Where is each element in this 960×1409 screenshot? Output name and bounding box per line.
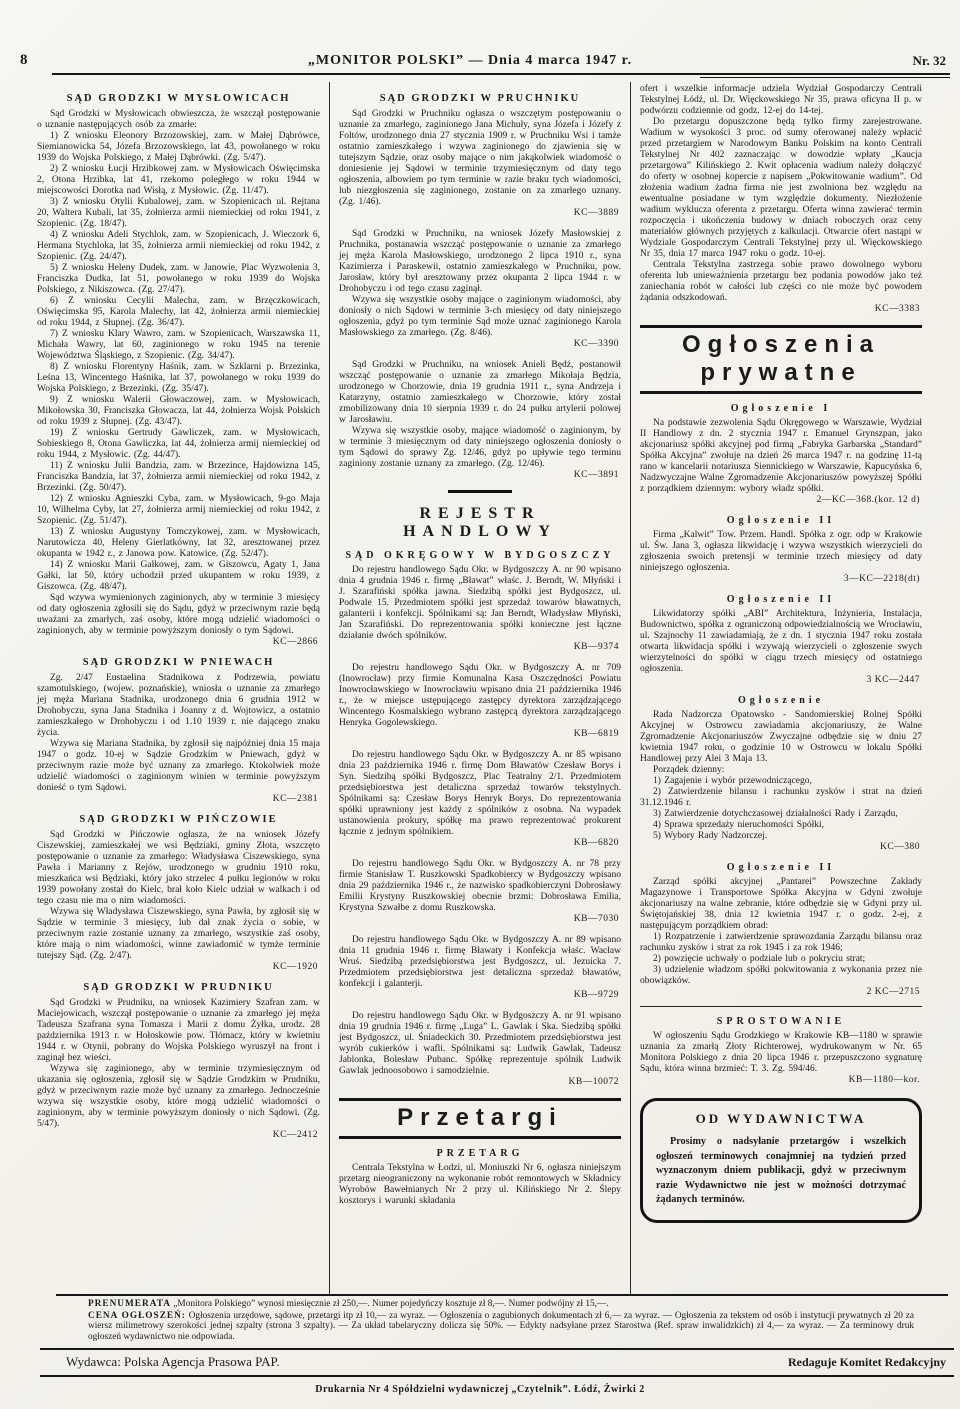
notice-signature: KB—6820	[339, 838, 619, 849]
section-subtitle: Ogłoszenie II	[640, 515, 922, 526]
section-plain: Ogłoszenie IIFirma „Kalwit” Tow. Przem. …	[640, 515, 922, 585]
section-title: REJESTR HANDLOWY	[339, 505, 621, 541]
section-subtitle: Ogłoszenie II	[640, 594, 922, 605]
section-court: SĄD GRODZKI W MYSŁOWICACHSąd Grodzki w M…	[37, 93, 320, 648]
notice-signature: KB—6819	[339, 729, 619, 740]
header-rule	[52, 73, 950, 75]
notice-paragraph: 2) powzięcie uchwały o podziale lub o po…	[640, 954, 922, 965]
section-court: SĄD GRODZKI W PRUCHNIKUSąd Grodzki w Pru…	[339, 93, 621, 481]
printer-credit: Drukarnia Nr 4 Spółdzielni wydawniczej „…	[0, 1384, 960, 1395]
notice-signature: KC—1920	[37, 962, 318, 973]
page-header: 8 „MONITOR POLSKI” — Dnia 4 marca 1947 r…	[0, 0, 960, 73]
footer-rule-top	[56, 1294, 948, 1296]
column-2: SĄD GRODZKI W PRUCHNIKUSąd Grodzki w Pru…	[329, 82, 630, 1294]
section-title: OD WYDAWNICTWA	[656, 1111, 906, 1127]
display-section-title: Przetargi	[339, 1098, 621, 1139]
notice-paragraph: Do rejestru handlowego Sądu Okr. w Bydgo…	[339, 935, 621, 990]
section-plain: Ogłoszenie IILikwidatorzy spółki „ABI” A…	[640, 594, 922, 686]
notice-paragraph: 4) Sprawa sprzedaży nieruchomości Spółki…	[640, 820, 922, 831]
notice-paragraph: Na podstawie zezwolenia Sądu Okręgowego …	[640, 418, 922, 495]
column-1: SĄD GRODZKI W MYSŁOWICACHSąd Grodzki w M…	[28, 82, 329, 1294]
notice-paragraph: 3) Z wniosku Otylii Kubalowej, zam. w Sz…	[37, 197, 320, 230]
notice-signature: KC—3390	[339, 339, 619, 350]
notice-signature: 3 KC—2447	[640, 675, 920, 686]
section-title: SĄD GRODZKI W PNIEWACH	[37, 657, 320, 668]
section-subtitle: PRZETARG	[339, 1148, 621, 1159]
notice-paragraph: Wzywa się wszystkie osoby mające o zagin…	[339, 295, 621, 339]
section-display: Przetargi	[339, 1098, 621, 1139]
ad-prices-text: Ogłoszenia urzędowe, sądowe, przetargi i…	[88, 1311, 914, 1343]
notice-paragraph: Centrala Tekstylna w Łodzi, ul. Moniuszk…	[339, 1163, 621, 1207]
section-court: SĄD GRODZKI W PRUDNIKUSąd Grodzki w Prud…	[37, 982, 320, 1141]
notice-signature: KB—10072	[339, 1077, 619, 1088]
section-title: SĄD GRODZKI W PRUCHNIKU	[339, 93, 621, 104]
section-plain: Ogłoszenie IIZarząd spółki akcyjnej „Pan…	[640, 862, 922, 998]
notice-signature: KB—9729	[339, 990, 619, 1001]
notice-paragraph: 8) Z wniosku Florentyny Haśnik, zam. w S…	[37, 362, 320, 395]
notice-signature: KC—2412	[37, 1130, 318, 1141]
section-subtitle: Ogłoszenie II	[640, 862, 922, 873]
publisher-name: Wydawca: Polska Agencja Prasowa PAP.	[66, 1354, 280, 1370]
notice-paragraph: 12) Z wniosku Agnieszki Cyba, zam. w Mys…	[37, 494, 320, 527]
notice-paragraph: Sąd Grodzki w Pruchniku, na wniosek Józe…	[339, 229, 621, 295]
notice-signature: KB—9374	[339, 642, 619, 653]
notice-paragraph: ofert i wszelkie informacje udziela Wydz…	[640, 84, 922, 117]
notice-paragraph: 6) Z wniosku Cecylii Malecha, zam. w Brz…	[37, 296, 320, 329]
notice-paragraph: 1) Zagajenie i wybór przewodniczącego,	[640, 776, 922, 787]
section-plain: SPROSTOWANIEW ogłoszeniu Sądu Grodzkiego…	[640, 1016, 922, 1086]
section-subtitle: Ogłoszenie I	[640, 403, 922, 414]
subscription-info: PRENUMERATA „Monitora Polskiego” wynosi …	[88, 1299, 914, 1310]
notice-paragraph: Sąd Grodzki w Pińczowie ogłasza, że na w…	[37, 830, 320, 907]
notice-paragraph: Wzywa się wszystkie osoby, mające wiadom…	[339, 426, 621, 470]
notice-paragraph: Likwidatorzy spółki „ABI” Architektura, …	[640, 609, 922, 675]
notice-paragraph: Do rejestru handlowego Sądu Okr. w Bydgo…	[339, 663, 621, 729]
notice-paragraph: W ogłoszeniu Sądu Grodzkiego w Krakowie …	[640, 1031, 922, 1075]
notice-signature: KC—3891	[339, 470, 619, 481]
section-title: SĄD GRODZKI W MYSŁOWICACH	[37, 93, 320, 104]
notice-paragraph: Do rejestru handlowego Sądu Okr. w Bydgo…	[339, 565, 621, 642]
notice-paragraph: 11) Z wniosku Julii Bandzia, zam. w Brze…	[37, 461, 320, 494]
notice-signature: 2 KC—2715	[640, 987, 920, 998]
notice-paragraph: Zarząd spółki akcyjnej „Pantarei” Powsze…	[640, 877, 922, 932]
ad-prices-info: CENA OGŁOSZEŃ: Ogłoszenia urzędowe, sądo…	[88, 1311, 914, 1343]
section-plain: OgłoszenieRada Nadzorcza Opatowsko - San…	[640, 695, 922, 853]
section-plain: Ogłoszenie INa podstawie zezwolenia Sądu…	[640, 403, 922, 506]
section-title: SĄD GRODZKI W PRUDNIKU	[37, 982, 320, 993]
notice-paragraph: 19) Z wniosku Gertrudy Gawliczek, zam. w…	[37, 428, 320, 461]
notice-signature: KC—3889	[339, 208, 619, 219]
content-columns: SĄD GRODZKI W MYSŁOWICACHSąd Grodzki w M…	[28, 82, 948, 1294]
section-divider-short	[339, 490, 621, 493]
ad-prices-label: CENA OGŁOSZEŃ:	[88, 1311, 186, 1321]
section-divider-short	[448, 490, 512, 493]
section-court: SĄD GRODZKI W PNIEWACHZg. 2/47 Eustaelin…	[37, 657, 320, 805]
notice-signature: KC—3383	[640, 304, 920, 315]
section-plain: ofert i wszelkie informacje udziela Wydz…	[640, 84, 922, 315]
notice-paragraph: Zg. 2/47 Eustaelina Stadnikowa z Podrzew…	[37, 673, 320, 739]
notice-signature: KB—7030	[339, 914, 619, 925]
section-subtitle: SĄD OKRĘGOWY W BYDGOSZCZY	[339, 550, 621, 561]
section-display: Ogłoszenia prywatne	[640, 325, 922, 394]
publisher-row: Wydawca: Polska Agencja Prasowa PAP. Red…	[40, 1348, 954, 1377]
notice-paragraph: Do przetargu dopuszczone będą tylko firm…	[640, 117, 922, 260]
section-subtitle: SPROSTOWANIE	[640, 1016, 922, 1027]
notice-paragraph: Rada Nadzorcza Opatowsko - Sandomierskie…	[640, 710, 922, 765]
page-number: 8	[20, 52, 28, 69]
notice-paragraph: 5) Wybory Rady Nadzorczej.	[640, 831, 922, 842]
notice-paragraph: 2) Z wniosku Łucji Hrzibkowej zam. w Mys…	[37, 164, 320, 197]
notice-paragraph: 3) Zatwierdzenie dotychczasowej działaln…	[640, 809, 922, 820]
section-subtitle: Ogłoszenie	[640, 695, 922, 706]
notice-signature: 2—KC—368.(kor. 12 d)	[640, 495, 920, 506]
newspaper-page: 8 „MONITOR POLSKI” — Dnia 4 marca 1947 r…	[0, 0, 960, 1409]
notice-signature: 3—KC—2218(dt)	[640, 574, 920, 585]
notice-paragraph: 1) Rozpatrzenie i zatwierdzenie sprawozd…	[640, 932, 922, 954]
notice-signature: KC—2866	[37, 637, 318, 648]
notice-signature: KB—1180—kor.	[640, 1075, 920, 1086]
notice-paragraph: 1) Z wniosku Eleonory Brzozowskiej, zam.…	[37, 131, 320, 164]
subscription-text: „Monitora Polskiego” wynosi miesięcznie …	[173, 1299, 608, 1309]
notice-paragraph: Porządek dzienny:	[640, 765, 922, 776]
notice-paragraph: Sąd Grodzki w Pruchniku ogłasza o wszczę…	[339, 109, 621, 208]
section-registry: REJESTR HANDLOWYSĄD OKRĘGOWY W BYDGOSZCZ…	[339, 505, 621, 1088]
notice-paragraph: Wzywa się zaginionego, aby w terminie tr…	[37, 1064, 320, 1130]
section-box: OD WYDAWNICTWAProsimy o nadsyłanie przet…	[640, 1098, 922, 1223]
notice-signature: KC—2381	[37, 794, 318, 805]
notice-paragraph: 7) Z wniosku Klary Wawro, zam. w Szopien…	[37, 329, 320, 362]
notice-paragraph: Firma „Kalwit” Tow. Przem. Handl. Spółka…	[640, 530, 922, 574]
subscription-label: PRENUMERATA	[88, 1299, 171, 1309]
notice-signature: KC—380	[640, 842, 920, 853]
column-3: ofert i wszelkie informacje udziela Wydz…	[630, 82, 931, 1294]
notice-paragraph: 5) Z wniosku Heleny Dudek, zam. w Janowi…	[37, 263, 320, 296]
notice-paragraph: 3) udzielenie władzom spółki pokwitowani…	[640, 965, 922, 987]
notice-paragraph: Wzywa się Władysława Ciszewskiego, syna …	[37, 907, 320, 962]
notice-paragraph: Do rejestru handlowego Sądu Okr. w Bydgo…	[339, 1011, 621, 1077]
section-divider-thin	[640, 1006, 922, 1007]
section-plain: PRZETARGCentrala Tekstylna w Łodzi, ul. …	[339, 1148, 621, 1207]
notice-paragraph: Sąd Grodzki w Prudniku, na wniosek Kazim…	[37, 998, 320, 1064]
notice-paragraph: Sąd Grodzki w Pruchniku, na wniosek Anie…	[339, 360, 621, 426]
header-rule-right	[700, 77, 950, 78]
notice-paragraph: Sąd wzywa wymienionych zaginionych, aby …	[37, 593, 320, 637]
notice-paragraph: 9) Z wniosku Walerii Głowaczowej, zam. w…	[37, 395, 320, 428]
masthead-title: „MONITOR POLSKI” — Dnia 4 marca 1947 r.	[28, 53, 913, 69]
issue-number: Nr. 32	[913, 53, 946, 69]
page-footer: PRENUMERATA „Monitora Polskiego” wynosi …	[0, 1294, 960, 1395]
notice-paragraph: Do rejestru handlowego Sądu Okr. w Bydgo…	[339, 859, 621, 914]
notice-paragraph: 4) Z wniosku Adeli Stychlok, zam. w Szop…	[37, 230, 320, 263]
notice-paragraph: Centrala Tekstylna zastrzega sobie prawo…	[640, 260, 922, 304]
editor-credit: Redaguje Komitet Redakcyjny	[788, 1355, 946, 1370]
section-divider-thin	[640, 1006, 922, 1007]
notice-paragraph: Prosimy o nadsyłanie przetargów i wszelk…	[656, 1135, 906, 1208]
display-section-title: Ogłoszenia prywatne	[640, 325, 922, 394]
section-title: SĄD GRODZKI W PIŃCZOWIE	[37, 814, 320, 825]
section-court: SĄD GRODZKI W PIŃCZOWIESąd Grodzki w Piń…	[37, 814, 320, 973]
notice-paragraph: 2) Zatwierdzenie bilansu i rachunku zysk…	[640, 787, 922, 809]
notice-paragraph: 13) Z wniosku Augustyny Tomczykowej, zam…	[37, 527, 320, 560]
notice-paragraph: 14) Z wniosku Marii Gałkowej, zam. w Gis…	[37, 560, 320, 593]
notice-paragraph: Sąd Grodzki w Mysłowicach obwieszcza, że…	[37, 109, 320, 131]
notice-paragraph: Wzywa się Mariana Stadnika, by zgłosił s…	[37, 739, 320, 794]
notice-paragraph: Do rejestru handlowego Sądu Okr. w Bydgo…	[339, 750, 621, 838]
